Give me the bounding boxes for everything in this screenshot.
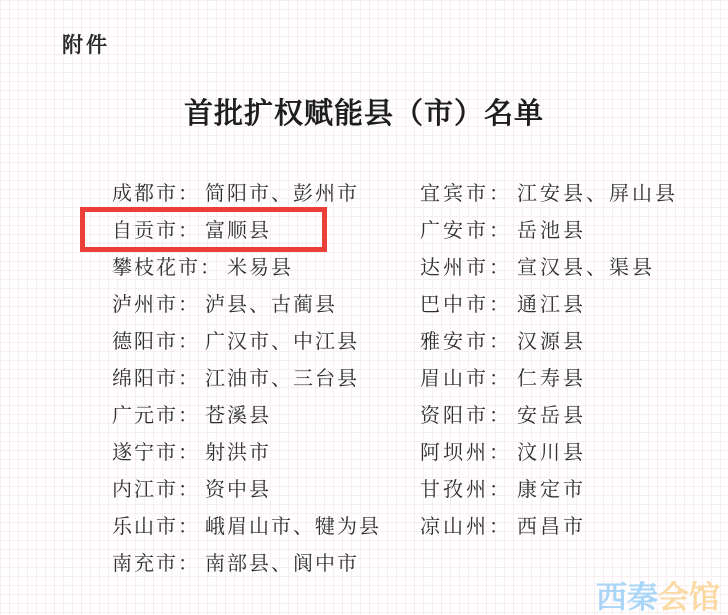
prefecture-label: 眉山市： (420, 368, 512, 390)
prefecture-label: 凉山州： (420, 516, 512, 538)
list-row: 成都市：简阳市、彭州市 (112, 176, 381, 213)
county-list: 汶川县 (517, 442, 586, 464)
prefecture-label: 宜宾市： (420, 183, 512, 205)
county-list: 南部县、阆中市 (205, 553, 359, 575)
county-list: 广汉市、中江县 (205, 331, 359, 353)
prefecture-label: 成都市： (112, 183, 200, 205)
watermark-text-orange: 会馆 (658, 580, 720, 615)
county-list: 资中县 (205, 479, 271, 501)
list-row-highlighted: 自贡市：富顺县 (112, 213, 381, 250)
list-row: 达州市：宣汉县、渠县 (420, 250, 678, 287)
prefecture-label: 内江市： (112, 479, 200, 501)
list-row: 泸州市：泸县、古蔺县 (112, 287, 381, 324)
prefecture-label: 泸州市： (112, 294, 200, 316)
county-list: 康定市 (517, 479, 586, 501)
prefecture-label: 攀枝花市： (112, 257, 222, 279)
county-list: 江油市、三台县 (205, 368, 359, 390)
prefecture-label: 广安市： (420, 220, 512, 242)
prefecture-label: 资阳市： (420, 405, 512, 427)
county-list: 米易县 (227, 257, 293, 279)
county-list: 江安县、屏山县 (517, 183, 678, 205)
list-row: 雅安市：汉源县 (420, 324, 678, 361)
list-row: 遂宁市：射洪市 (112, 435, 381, 472)
list-row: 资阳市：安岳县 (420, 398, 678, 435)
list-row: 眉山市：仁寿县 (420, 361, 678, 398)
county-list: 汉源县 (517, 331, 586, 353)
list-row: 宜宾市：江安县、屏山县 (420, 176, 678, 213)
scanned-document-page: { "page": { "attachment_label": "附件", "t… (0, 0, 728, 615)
list-row: 凉山州：西昌市 (420, 509, 678, 546)
page-title: 首批扩权赋能县（市）名单 (0, 91, 728, 132)
prefecture-label: 自贡市： (112, 220, 200, 242)
prefecture-label: 遂宁市： (112, 442, 200, 464)
list-row: 广元市：苍溪县 (112, 398, 381, 435)
prefecture-label: 绵阳市： (112, 368, 200, 390)
county-list: 宣汉县、渠县 (517, 257, 655, 279)
attachment-label: 附件 (62, 29, 110, 59)
prefecture-label: 德阳市： (112, 331, 200, 353)
prefecture-label: 雅安市： (420, 331, 512, 353)
county-list: 苍溪县 (205, 405, 271, 427)
list-column-left: 成都市：简阳市、彭州市 自贡市：富顺县 攀枝花市：米易县 泸州市：泸县、古蔺县 … (112, 176, 381, 583)
list-row: 内江市：资中县 (112, 472, 381, 509)
county-list: 射洪市 (205, 442, 271, 464)
list-row: 巴中市：通江县 (420, 287, 678, 324)
list-row: 甘孜州：康定市 (420, 472, 678, 509)
list-row: 南充市：南部县、阆中市 (112, 546, 381, 583)
county-list: 峨眉山市、犍为县 (205, 516, 381, 538)
prefecture-label: 乐山市： (112, 516, 200, 538)
list-row: 德阳市：广汉市、中江县 (112, 324, 381, 361)
county-list: 简阳市、彭州市 (205, 183, 359, 205)
prefecture-label: 达州市： (420, 257, 512, 279)
watermark-text-blue: 西秦 (596, 580, 658, 615)
list-row: 广安市：岳池县 (420, 213, 678, 250)
county-list: 泸县、古蔺县 (205, 294, 337, 316)
list-row: 阿坝州：汶川县 (420, 435, 678, 472)
prefecture-label: 甘孜州： (420, 479, 512, 501)
list-row: 绵阳市：江油市、三台县 (112, 361, 381, 398)
prefecture-label: 南充市： (112, 553, 200, 575)
watermark: 西秦会馆 (596, 572, 720, 615)
county-list: 西昌市 (517, 516, 586, 538)
list-row: 乐山市：峨眉山市、犍为县 (112, 509, 381, 546)
prefecture-label: 广元市： (112, 405, 200, 427)
county-list: 仁寿县 (517, 368, 586, 390)
county-list: 富顺县 (205, 220, 271, 242)
prefecture-label: 巴中市： (420, 294, 512, 316)
list-row: 攀枝花市：米易县 (112, 250, 381, 287)
county-list: 安岳县 (517, 405, 586, 427)
list-column-right: 宜宾市：江安县、屏山县 广安市：岳池县 达州市：宣汉县、渠县 巴中市：通江县 雅… (420, 176, 678, 546)
prefecture-label: 阿坝州： (420, 442, 512, 464)
county-list: 岳池县 (517, 220, 586, 242)
county-list: 通江县 (517, 294, 586, 316)
